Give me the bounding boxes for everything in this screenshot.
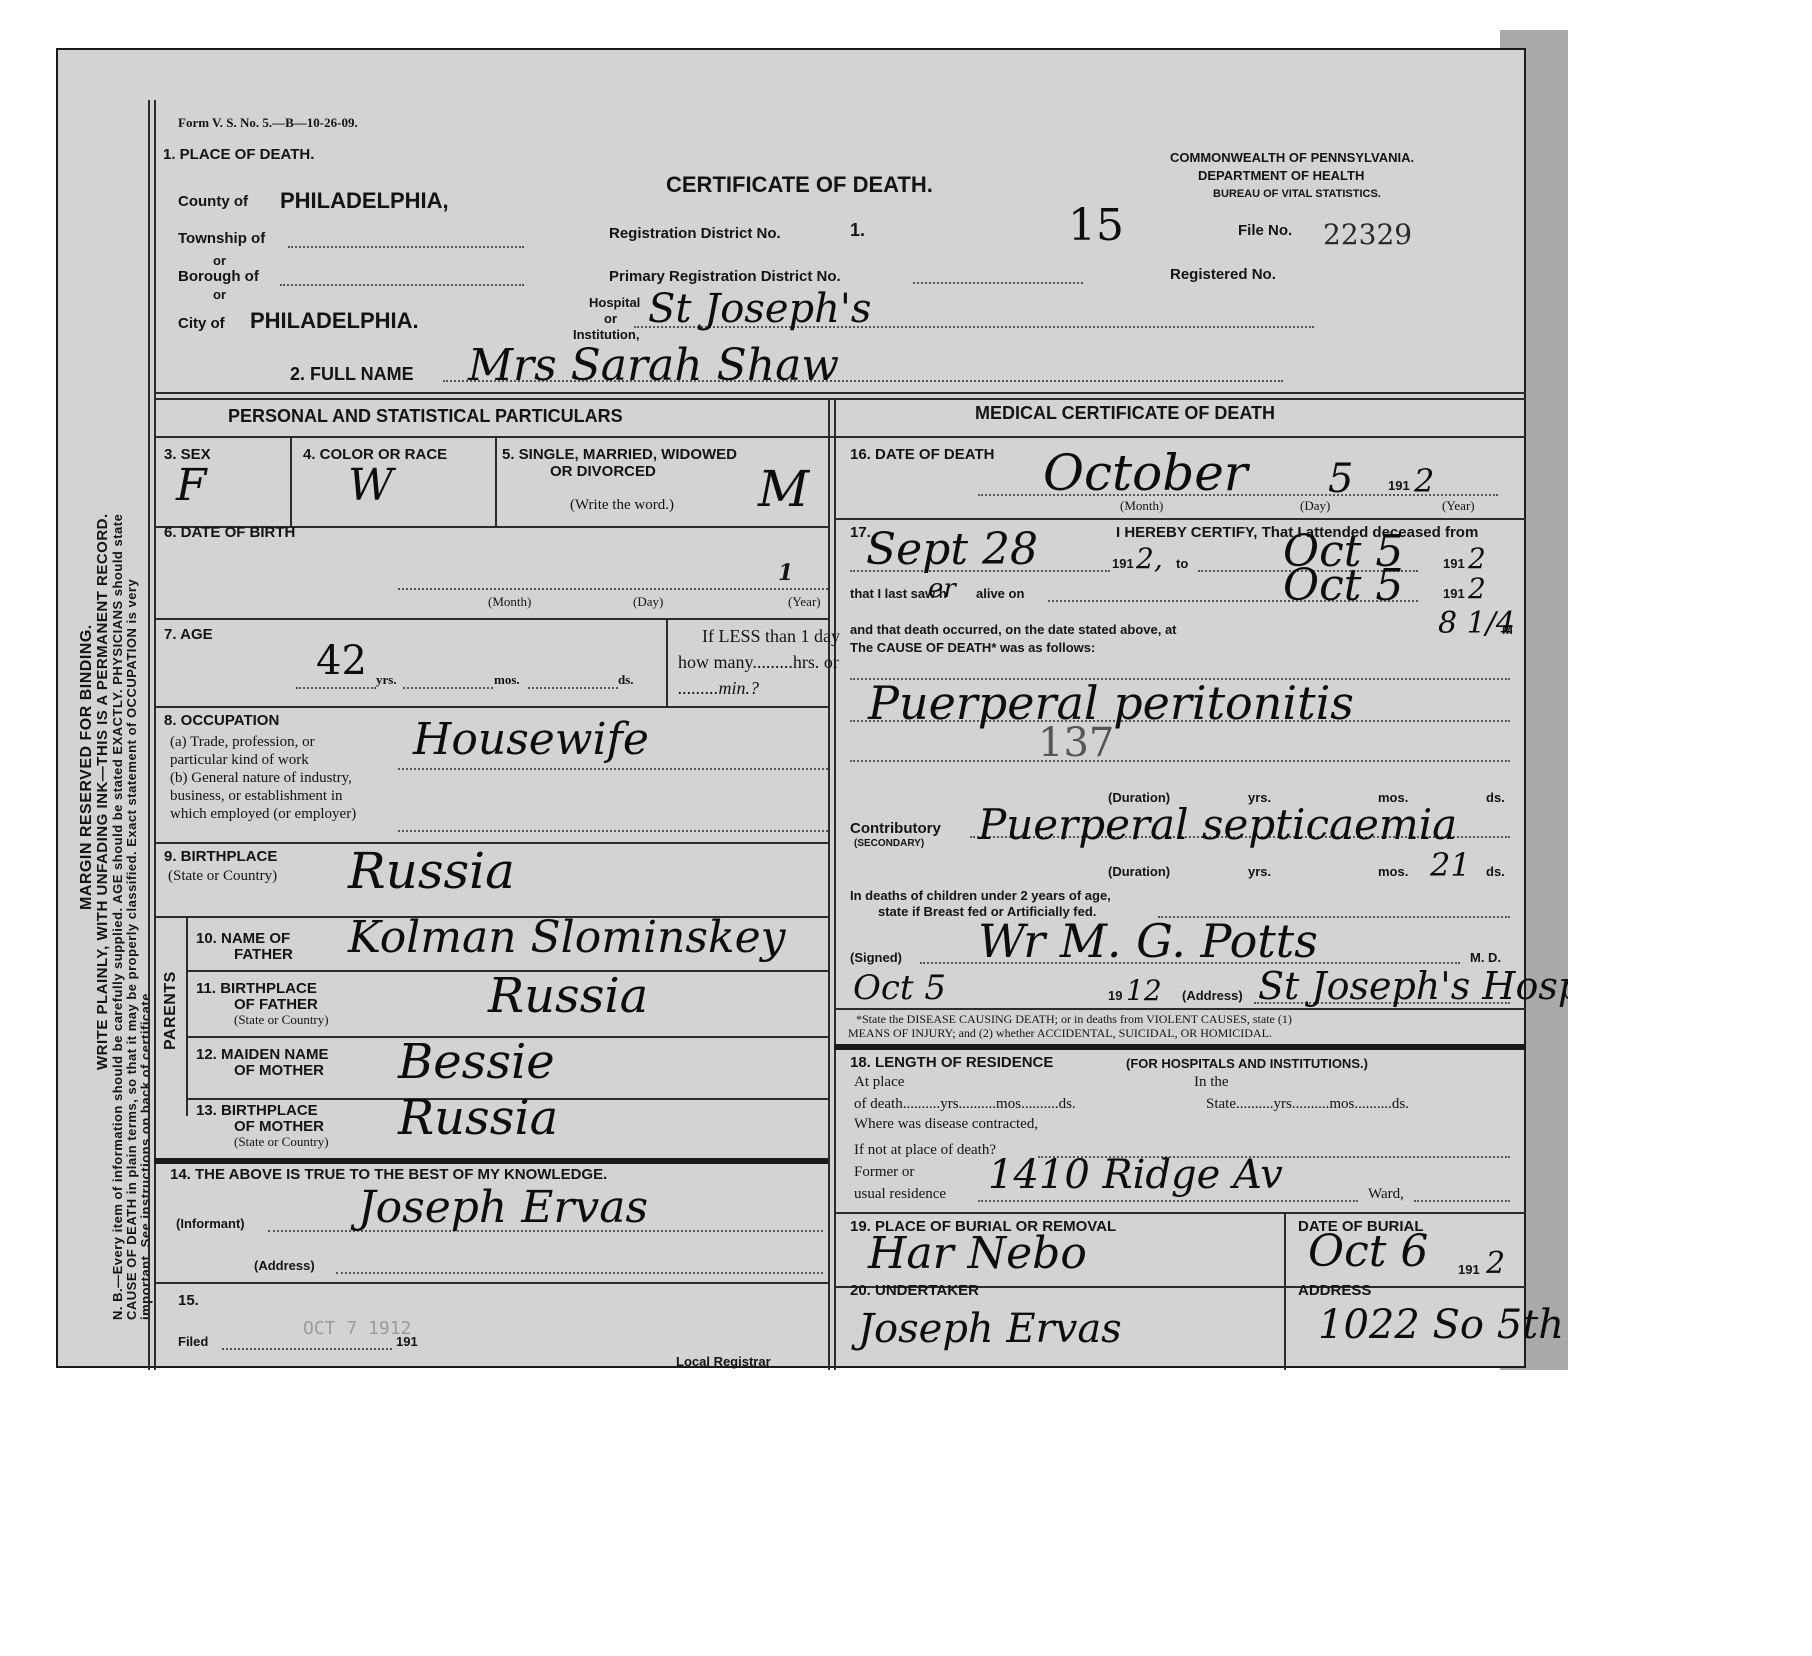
to-label: to	[1176, 556, 1188, 571]
father-name-value: Kolman Slominskey	[348, 912, 786, 963]
hospital-or: or	[604, 311, 617, 326]
date-of-death-label: 16. DATE OF DEATH	[850, 446, 994, 463]
heavy-rule	[834, 1044, 1526, 1050]
signed-year-suffix: 12	[1126, 974, 1162, 1007]
margin-note-line-1: N. B.—Every item of information should b…	[110, 514, 125, 1320]
secondary-cause-value: Puerperal septicaemia	[978, 800, 1457, 849]
rule	[154, 392, 1526, 394]
dob-month-label: (Month)	[488, 594, 531, 610]
cause-intro: The CAUSE OF DEATH* was as follows:	[850, 640, 1095, 655]
medical-section-title: MEDICAL CERTIFICATE OF DEATH	[975, 403, 1275, 424]
handwritten-mark: 15	[1068, 200, 1124, 251]
township-label: Township of	[178, 230, 265, 247]
where-contracted-label: Where was disease contracted,	[854, 1116, 1038, 1133]
sex-value: F	[176, 460, 207, 511]
occupation-value: Housewife	[413, 714, 649, 765]
death-certificate-sheet: MARGIN RESERVED FOR BINDING. WRITE PLAIN…	[56, 48, 1526, 1368]
in-the-label: In the	[1194, 1074, 1229, 1091]
signed-label: (Signed)	[850, 950, 902, 965]
secondary-yrs-label: yrs.	[1248, 864, 1271, 879]
ds-label: ds.	[618, 672, 634, 688]
father-birthplace-value: Russia	[488, 968, 648, 1024]
hospital-value: St Joseph's	[648, 286, 871, 332]
former-residence-field	[978, 1200, 1358, 1202]
mother-name-label: 12. MAIDEN NAME	[196, 1046, 329, 1063]
state-line: State..........yrs..........mos.........…	[1206, 1096, 1409, 1113]
occupation-b-line-2: business, or establishment in	[170, 788, 343, 805]
township-field	[288, 246, 524, 248]
mother-birthplace-value: Russia	[398, 1090, 558, 1146]
cell-divider	[1284, 1212, 1286, 1370]
margin-note-line-2: CAUSE OF DEATH in plain terms, so that i…	[124, 579, 139, 1320]
to-year-prefix: 191	[1443, 556, 1465, 571]
form-number: Form V. S. No. 5.—B—10-26-09.	[178, 115, 358, 131]
age-label: 7. AGE	[164, 626, 213, 643]
occurred-label: and that death occurred, on the date sta…	[850, 622, 1177, 637]
secondary-duration-days: 21	[1430, 846, 1471, 884]
mother-name-label-2: OF MOTHER	[234, 1062, 324, 1079]
secondary-ds-label: ds.	[1486, 864, 1505, 879]
birthplace-value: Russia	[348, 842, 515, 900]
age-years-value: 42	[316, 638, 367, 684]
father-birthplace-label-2: OF FATHER	[234, 996, 318, 1013]
filed-field	[222, 1348, 392, 1350]
less-than-hours-label: how many.........hrs. or	[678, 652, 839, 673]
physician-signature: Wr M. G. Potts	[978, 914, 1318, 968]
secondary-mos-label: mos.	[1378, 864, 1408, 879]
parents-divider	[186, 916, 188, 1116]
last-saw-year-suffix: 2	[1468, 572, 1486, 605]
last-saw-date-value: Oct 5	[1283, 560, 1403, 611]
local-registrar-label: Local Registrar	[676, 1354, 771, 1369]
rule	[154, 1282, 828, 1284]
borough-label: Borough of	[178, 268, 259, 285]
burial-date-value: Oct 6	[1308, 1226, 1428, 1277]
footnote-line-2: MEANS OF INJURY; and (2) whether ACCIDEN…	[848, 1026, 1272, 1041]
occupation-b-field	[398, 830, 828, 832]
to-year-suffix: 2	[1468, 542, 1486, 575]
place-of-death-heading: 1. PLACE OF DEATH.	[163, 146, 314, 163]
dob-year-label: (Year)	[788, 594, 821, 610]
margin-note-line-3: important. See instructions on back of c…	[138, 989, 153, 1320]
rule	[154, 706, 828, 708]
alive-on-label: alive on	[976, 586, 1024, 601]
occupation-a-line-1: (a) Trade, profession, or	[170, 734, 315, 751]
registration-district-label: Registration District No.	[609, 225, 781, 242]
date-of-death-day: 5	[1328, 456, 1353, 502]
dob-field	[398, 588, 828, 590]
dob-day-label: (Day)	[633, 594, 663, 610]
registered-no-label: Registered No.	[1170, 266, 1276, 283]
age-years-field	[296, 687, 376, 689]
marital-label: 5. SINGLE, MARRIED, WIDOWED	[502, 446, 737, 463]
issuer-line-1: COMMONWEALTH OF PENNSYLVANIA.	[1170, 150, 1414, 165]
physician-address: St Joseph's Hosp.	[1258, 964, 1568, 1008]
marital-hint: (Write the word.)	[570, 497, 674, 514]
full-name-label: 2. FULL NAME	[290, 364, 414, 385]
primary-registration-field	[913, 282, 1083, 284]
filing-label: 15.	[178, 1292, 199, 1309]
usual-residence-label: usual residence	[854, 1186, 946, 1203]
mos-label: mos.	[494, 672, 520, 688]
informant-label: (Informant)	[176, 1216, 245, 1231]
father-name-label: 10. NAME OF	[196, 930, 290, 947]
less-than-minutes-label: .........min.?	[678, 678, 759, 699]
informant-address-field	[336, 1272, 823, 1274]
mother-birthplace-label: 13. BIRTHPLACE	[196, 1102, 318, 1119]
burial-place-value: Har Nebo	[868, 1228, 1087, 1279]
personal-section-title: PERSONAL AND STATISTICAL PARTICULARS	[228, 406, 623, 427]
county-value: PHILADELPHIA,	[280, 188, 449, 214]
am-pm-label: M	[1502, 622, 1513, 637]
borough-field	[280, 284, 524, 286]
file-no-label: File No.	[1238, 222, 1292, 239]
or-label: or	[213, 253, 226, 268]
duration-ds-label: ds.	[1486, 790, 1505, 805]
city-label: City of	[178, 315, 225, 332]
certificate-title: CERTIFICATE OF DEATH.	[666, 172, 933, 198]
attended-from-value: Sept 28	[866, 524, 1038, 575]
former-residence-value: 1410 Ridge Av	[988, 1152, 1283, 1198]
date-of-death-year-prefix: 191	[1388, 478, 1410, 493]
of-death-line: of death..........yrs..........mos......…	[854, 1096, 1076, 1113]
filed-label: Filed	[178, 1334, 208, 1349]
cause-line-3	[850, 760, 1510, 762]
filed-year-prefix: 191	[396, 1334, 418, 1349]
date-of-death-month: October	[1043, 444, 1248, 502]
children-note-1: In deaths of children under 2 years of a…	[850, 888, 1111, 903]
month-label: (Month)	[1120, 498, 1163, 514]
age-days-field	[528, 687, 618, 689]
age-months-field	[403, 687, 493, 689]
margin-write-plainly: WRITE PLAINLY, WITH UNFADING INK—THIS IS…	[94, 513, 111, 1070]
undertaker-address-value: 1022 So 5th	[1318, 1302, 1564, 1348]
informant-address-label: (Address)	[254, 1258, 315, 1273]
former-residence-label: Former or	[854, 1164, 914, 1181]
binding-margin: MARGIN RESERVED FOR BINDING. WRITE PLAIN…	[58, 50, 152, 1366]
column-divider	[828, 398, 830, 1370]
county-label: County of	[178, 193, 248, 210]
dob-year-value: 1	[778, 560, 793, 586]
last-saw-pronoun: er	[928, 574, 956, 604]
ward-label: Ward,	[1368, 1186, 1404, 1203]
burial-year-prefix: 191	[1458, 1262, 1480, 1277]
footnote-line-1: *State the DISEASE CAUSING DEATH; or in …	[856, 1012, 1292, 1027]
md-label: M. D.	[1470, 950, 1501, 965]
secondary-label: (SECONDARY)	[854, 838, 924, 849]
margin-rule-inner	[154, 100, 156, 1370]
date-of-death-year-suffix: 2	[1414, 462, 1434, 500]
occupation-b-line-1: (b) General nature of industry,	[170, 770, 352, 787]
cell-divider	[290, 436, 292, 526]
less-than-day-label: If LESS than 1 day	[702, 626, 840, 647]
father-name-label-2: FATHER	[234, 946, 293, 963]
column-divider	[834, 398, 836, 1370]
parents-side-label: PARENTS	[162, 971, 180, 1050]
contributory-label: Contributory	[850, 820, 941, 837]
father-birthplace-hint: (State or Country)	[234, 1012, 329, 1028]
marital-value: M	[758, 460, 809, 518]
hospital-label: Hospital	[589, 295, 640, 310]
year-label: (Year)	[1442, 498, 1475, 514]
cell-divider	[495, 436, 497, 526]
burial-year-suffix: 2	[1486, 1246, 1505, 1281]
or-label: or	[213, 287, 226, 302]
mother-birthplace-hint: (State or Country)	[234, 1134, 329, 1150]
file-no-value: 22329	[1323, 218, 1412, 251]
rule	[834, 518, 1526, 520]
signed-year-prefix: 19	[1108, 988, 1122, 1003]
secondary-duration-label: (Duration)	[1108, 864, 1170, 879]
informant-statement: 14. THE ABOVE IS TRUE TO THE BEST OF MY …	[170, 1166, 607, 1183]
undertaker-address-label: ADDRESS	[1298, 1282, 1371, 1299]
residence-label: 18. LENGTH OF RESIDENCE	[850, 1054, 1053, 1071]
informant-value: Joseph Ervas	[358, 1182, 648, 1233]
at-place-label: At place	[854, 1074, 904, 1091]
margin-rule	[148, 100, 150, 1370]
primary-registration-label: Primary Registration District No.	[609, 268, 841, 285]
mother-birthplace-label-2: OF MOTHER	[234, 1118, 324, 1135]
occupation-a-line-2: particular kind of work	[170, 752, 309, 769]
from-year-prefix: 191	[1112, 556, 1134, 571]
issuer-line-3: BUREAU OF VITAL STATISTICS.	[1213, 188, 1381, 200]
occupation-b-line-3: which employed (or employer)	[170, 806, 356, 823]
ward-field	[1414, 1200, 1510, 1202]
cause-code: 137	[1038, 720, 1114, 766]
birthplace-hint: (State or Country)	[168, 868, 277, 885]
physician-address-label: (Address)	[1182, 988, 1243, 1003]
undertaker-label: 20. UNDERTAKER	[850, 1282, 979, 1299]
race-value: W	[348, 460, 393, 511]
rule	[154, 398, 1526, 400]
cell-divider	[666, 618, 668, 706]
marital-label-2: OR DIVORCED	[550, 463, 656, 480]
city-value: PHILADELPHIA.	[250, 308, 419, 334]
registration-district-value: 1.	[850, 220, 865, 241]
day-label: (Day)	[1300, 498, 1330, 514]
rule	[834, 436, 1526, 438]
yrs-label: yrs.	[376, 672, 397, 688]
from-year-suffix: 2,	[1136, 542, 1163, 575]
dob-label: 6. DATE OF BIRTH	[164, 524, 295, 541]
rule	[834, 1008, 1526, 1010]
issuer-line-2: DEPARTMENT OF HEALTH	[1198, 168, 1364, 183]
father-birthplace-label: 11. BIRTHPLACE	[196, 980, 317, 997]
rule	[834, 1212, 1526, 1214]
if-not-label: If not at place of death?	[854, 1142, 996, 1159]
heavy-rule	[154, 1158, 828, 1164]
residence-label-note: (FOR HOSPITALS AND INSTITUTIONS.)	[1126, 1056, 1368, 1071]
birthplace-label: 9. BIRTHPLACE	[164, 848, 277, 865]
rule	[154, 618, 828, 620]
signed-date: Oct 5	[853, 968, 946, 1008]
last-saw-year-prefix: 191	[1443, 586, 1465, 601]
occupation-a-field	[398, 768, 828, 770]
undertaker-value: Joseph Ervas	[858, 1306, 1122, 1352]
mother-name-value: Bessie	[398, 1034, 555, 1090]
occupation-label: 8. OCCUPATION	[164, 712, 279, 729]
full-name-value: Mrs Sarah Shaw	[468, 340, 839, 391]
